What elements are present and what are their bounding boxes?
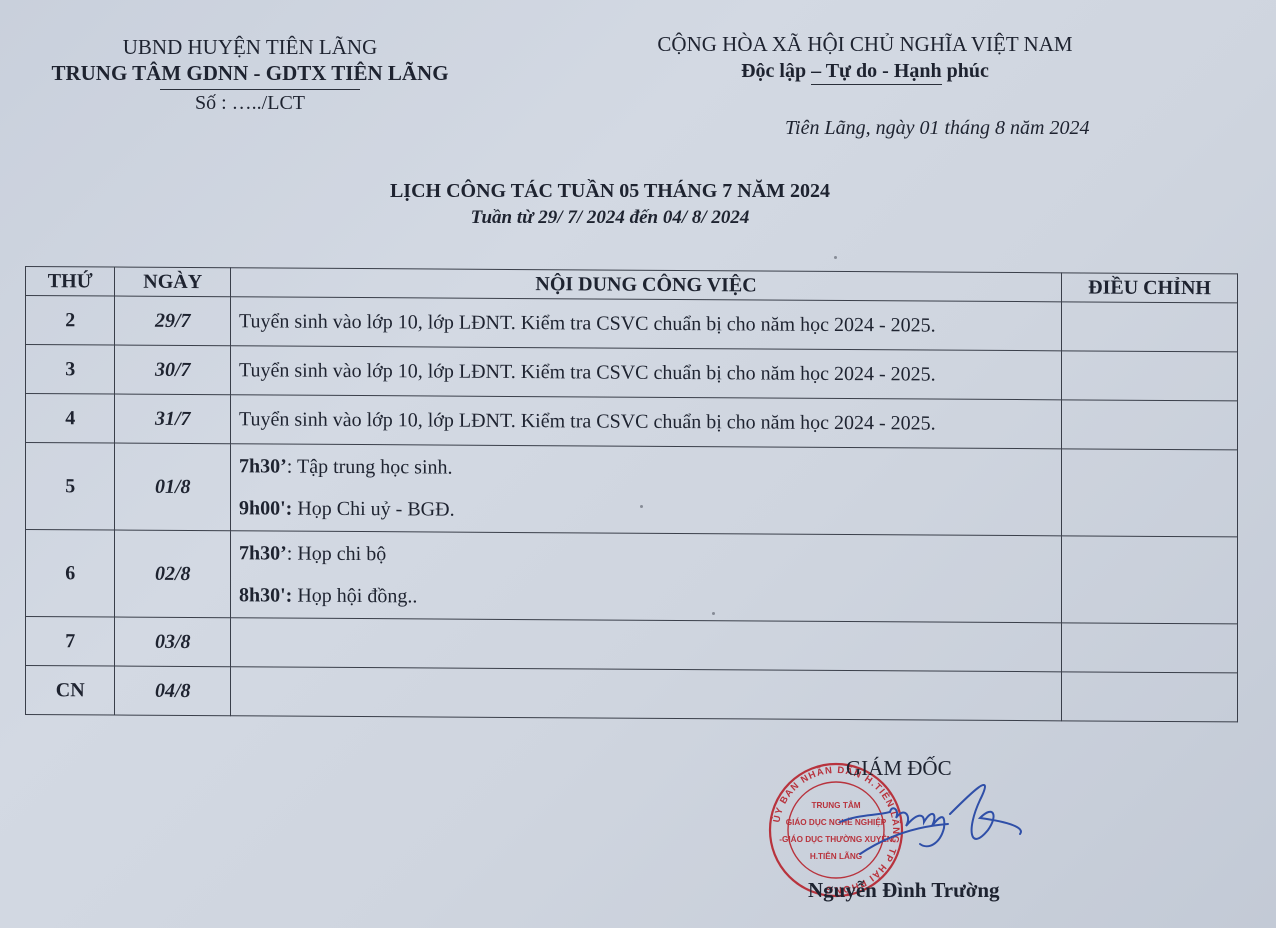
adjustment-cell xyxy=(1062,536,1238,624)
document-title-block: LỊCH CÔNG TÁC TUẦN 05 THÁNG 7 NĂM 2024 T… xyxy=(280,178,940,231)
weekday-cell: 7 xyxy=(26,617,115,667)
table-row: 229/7Tuyển sinh vào lớp 10, lớp LĐNT. Ki… xyxy=(26,296,1238,352)
table-row: 431/7Tuyển sinh vào lớp 10, lớp LĐNT. Ki… xyxy=(26,394,1238,450)
content-cell xyxy=(231,667,1062,721)
entry-text: Tuyển sinh vào lớp 10, lớp LĐNT. Kiểm tr… xyxy=(239,408,936,434)
signature-block: ỦY BAN NHÂN DÂN H.TIÊN LÃNG TP HẢI PHÒNG… xyxy=(760,752,1040,922)
signer-name: Nguyễn Đình Trường xyxy=(808,878,1000,903)
national-header-block: CỘNG HÒA XÃ HỘI CHỦ NGHĨA VIỆT NAM Độc l… xyxy=(630,30,1100,84)
date-cell: 03/8 xyxy=(115,617,231,667)
weekday-cell: 5 xyxy=(26,443,115,531)
adjustment-cell xyxy=(1062,623,1238,673)
table-row: 602/87h30’: Họp chi bộ8h30': Họp hội đồn… xyxy=(26,530,1238,624)
header-weekday: THỨ xyxy=(26,267,115,297)
content-cell: Tuyển sinh vào lớp 10, lớp LĐNT. Kiểm tr… xyxy=(231,297,1062,351)
header-date: NGÀY xyxy=(115,267,231,297)
date-cell: 29/7 xyxy=(115,296,231,346)
paper-speck xyxy=(712,612,715,615)
content-cell xyxy=(231,618,1062,672)
weekday-cell: 6 xyxy=(26,530,115,618)
content-cell: Tuyển sinh vào lớp 10, lớp LĐNT. Kiểm tr… xyxy=(231,346,1062,400)
date-cell: 31/7 xyxy=(115,394,231,444)
paper-speck xyxy=(640,505,643,508)
motto-part: Độc lập xyxy=(741,60,811,82)
schedule-entry: 8h30': Họp hội đồng.. xyxy=(239,574,1053,621)
entry-text: Tuyển sinh vào lớp 10, lớp LĐNT. Kiểm tr… xyxy=(239,359,936,385)
document-title: LỊCH CÔNG TÁC TUẦN 05 THÁNG 7 NĂM 2024 xyxy=(280,178,940,205)
adjustment-cell xyxy=(1062,302,1238,352)
national-motto: Độc lập – Tự do - Hạnh phúc xyxy=(630,58,1100,84)
entry-text: Họp Chi uỷ - BGĐ. xyxy=(292,498,454,521)
nation-name: CỘNG HÒA XÃ HỘI CHỦ NGHĨA VIỆT NAM xyxy=(630,30,1100,58)
schedule-entry: 7h30’: Tập trung học sinh. xyxy=(239,445,1053,492)
entry-time: 7h30’ xyxy=(239,542,287,564)
schedule-entry: 9h00': Họp Chi uỷ - BGĐ. xyxy=(239,487,1053,534)
weekday-cell: 4 xyxy=(26,394,115,444)
schedule-entry: 7h30’: Họp chi bộ xyxy=(239,532,1053,579)
entry-time: 8h30': xyxy=(239,584,292,606)
place-and-date: Tiên Lãng, ngày 01 tháng 8 năm 2024 xyxy=(785,117,1089,140)
table-row: CN04/8 xyxy=(26,666,1238,722)
header-adjustment: ĐIỀU CHỈNH xyxy=(1062,273,1238,303)
weekday-cell: 2 xyxy=(26,296,115,346)
date-cell: 04/8 xyxy=(115,666,231,716)
table-row: 703/8 xyxy=(26,617,1238,673)
schedule-entry: Tuyển sinh vào lớp 10, lớp LĐNT. Kiểm tr… xyxy=(239,359,1053,387)
entry-text: Tuyển sinh vào lớp 10, lớp LĐNT. Kiểm tr… xyxy=(239,310,936,336)
entry-time: 9h00': xyxy=(239,497,292,519)
authority-name: UBND HUYỆN TIÊN LÃNG xyxy=(30,34,470,60)
motto-part: phúc xyxy=(942,60,989,82)
adjustment-cell xyxy=(1062,400,1238,450)
table-body: 229/7Tuyển sinh vào lớp 10, lớp LĐNT. Ki… xyxy=(26,296,1238,722)
entry-text: : Tập trung học sinh. xyxy=(287,456,453,479)
date-cell: 30/7 xyxy=(115,345,231,395)
adjustment-cell xyxy=(1062,672,1238,722)
weekday-cell: CN xyxy=(26,666,115,716)
content-cell: 7h30’: Họp chi bộ8h30': Họp hội đồng.. xyxy=(231,531,1062,623)
issuing-authority-block: UBND HUYỆN TIÊN LÃNG TRUNG TÂM GDNN - GD… xyxy=(30,34,470,115)
paper-speck xyxy=(834,256,837,259)
weekday-cell: 3 xyxy=(26,345,115,395)
date-cell: 02/8 xyxy=(115,530,231,618)
schedule-entry: Tuyển sinh vào lớp 10, lớp LĐNT. Kiểm tr… xyxy=(239,310,1053,338)
entry-time: 7h30’ xyxy=(239,455,287,477)
schedule-table: THỨ NGÀY NỘI DUNG CÔNG VIỆC ĐIỀU CHỈNH 2… xyxy=(25,266,1238,722)
adjustment-cell xyxy=(1062,449,1238,537)
schedule-entry: Tuyển sinh vào lớp 10, lớp LĐNT. Kiểm tr… xyxy=(239,408,1053,436)
motto-underlined: – Tự do - Hạnh xyxy=(811,60,942,85)
document-number: Số : …../LCT xyxy=(30,91,470,115)
date-cell: 01/8 xyxy=(115,443,231,531)
organization-name: TRUNG TÂM GDNN - GDTX TIÊN LÃNG xyxy=(30,60,470,86)
entry-text: : Họp chi bộ xyxy=(287,543,386,566)
divider-line xyxy=(160,89,360,90)
week-range: Tuần từ 29/ 7/ 2024 đến 04/ 8/ 2024 xyxy=(280,205,940,231)
content-cell: 7h30’: Tập trung học sinh.9h00': Họp Chi… xyxy=(231,444,1062,536)
handwritten-signature-icon xyxy=(820,774,1030,864)
content-cell: Tuyển sinh vào lớp 10, lớp LĐNT. Kiểm tr… xyxy=(231,395,1062,449)
signer-title: GIÁM ĐỐC xyxy=(846,756,952,781)
table-row: 330/7Tuyển sinh vào lớp 10, lớp LĐNT. Ki… xyxy=(26,345,1238,401)
adjustment-cell xyxy=(1062,351,1238,401)
table-row: 501/87h30’: Tập trung học sinh.9h00': Họ… xyxy=(26,443,1238,537)
entry-text: Họp hội đồng.. xyxy=(292,585,417,608)
